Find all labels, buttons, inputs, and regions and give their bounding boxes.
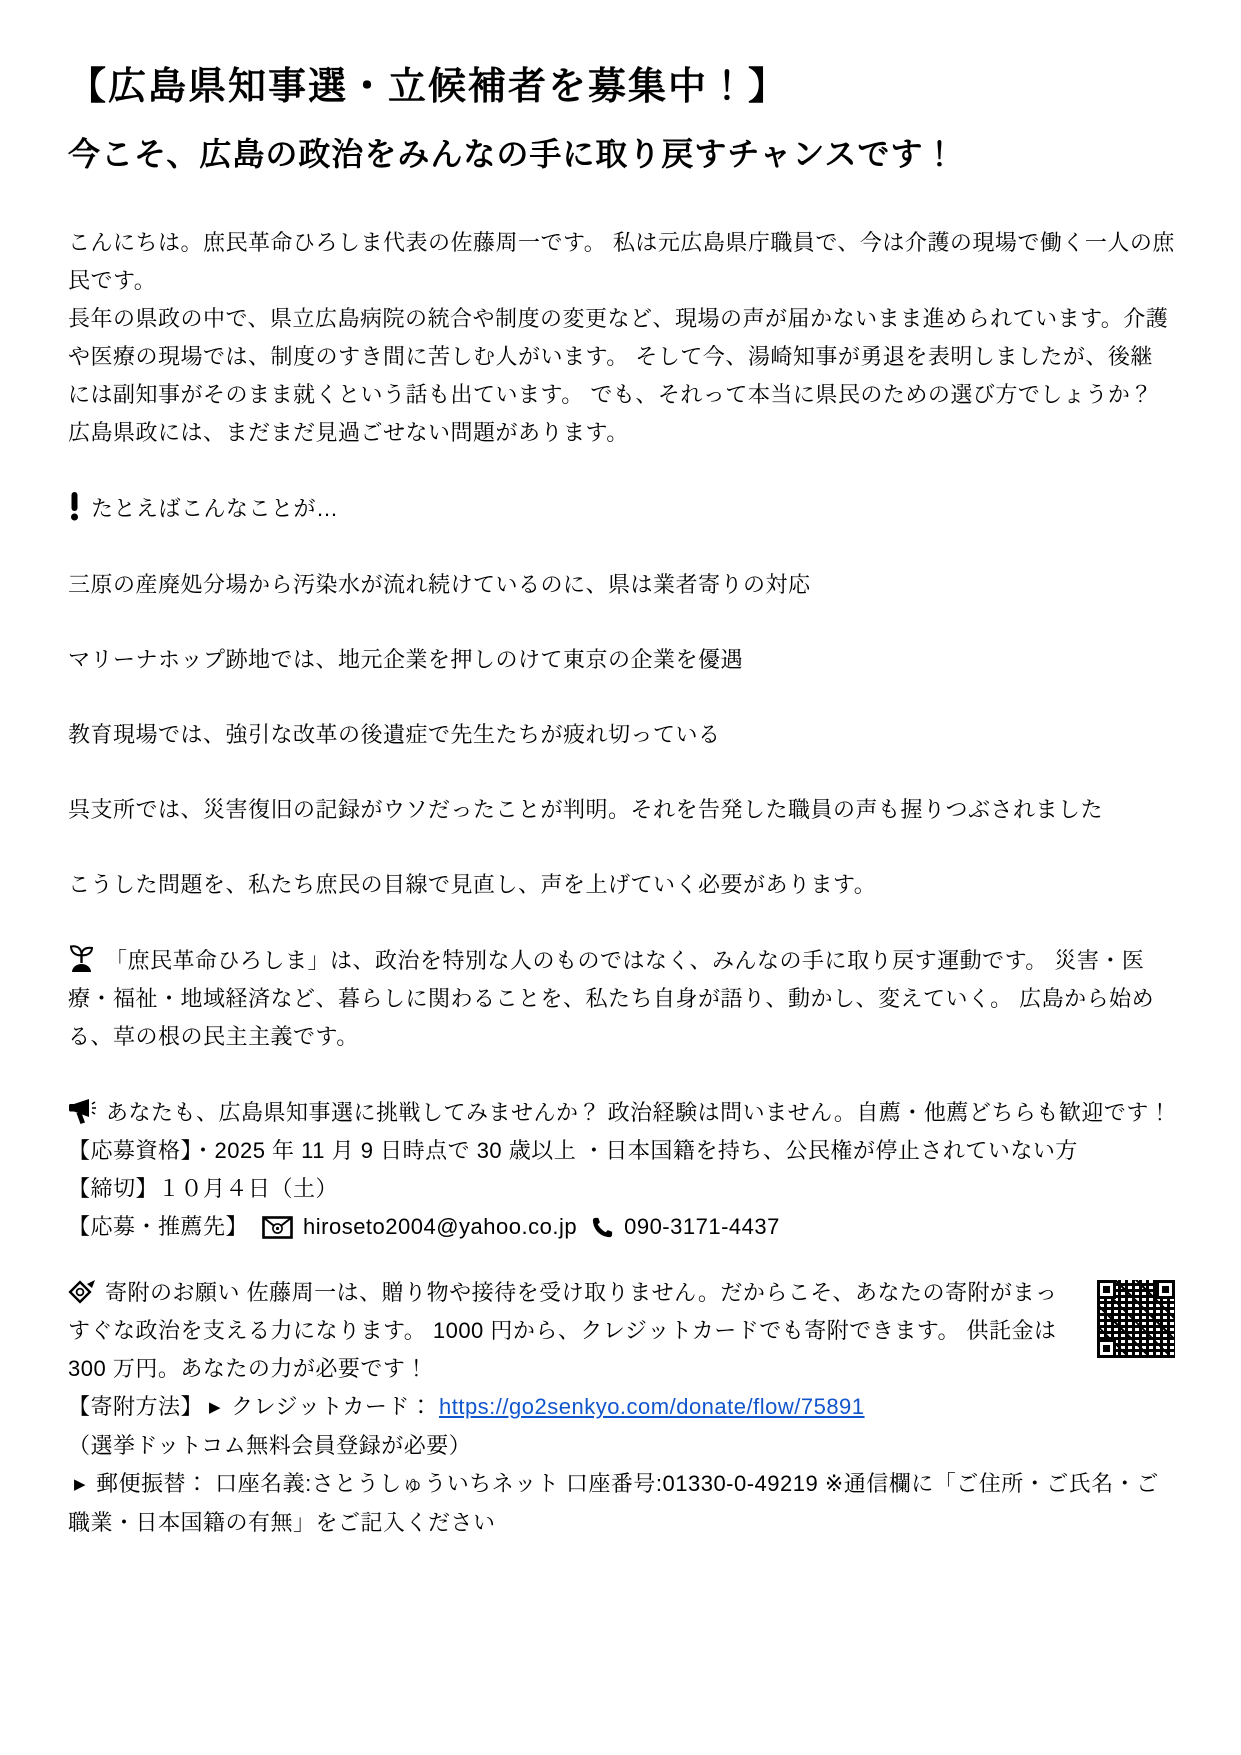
- spacer: [68, 1246, 1175, 1274]
- donation-section: 寄附のお願い 佐藤周一は、贈り物や接待を受け取りません。だからこそ、あなたの寄附…: [68, 1274, 1175, 1542]
- intro-paragraph-3: 広島県政には、まだまだ見過ごせない問題があります。: [68, 414, 1175, 452]
- contact-label: 【応募・推薦先】: [68, 1214, 248, 1239]
- spacer: [68, 904, 1175, 942]
- play-triangle-icon: ▶: [209, 1399, 221, 1416]
- qr-code: [1097, 1280, 1175, 1358]
- intro-paragraph-2: 長年の県政の中で、県立広島病院の統合や制度の変更など、現場の声が届かないまま進め…: [68, 300, 1175, 414]
- donation-note-line: （選挙ドットコム無料会員登録が必要）: [68, 1427, 1175, 1465]
- exclamation-icon: [68, 491, 81, 521]
- spacer: [68, 1056, 1175, 1094]
- email-icon: [262, 1216, 293, 1239]
- postal-transfer-line: ▶郵便振替： 口座名義:さとうしゅういちネット 口座番号:01330-0-492…: [68, 1465, 1175, 1542]
- play-triangle-icon: ▶: [74, 1476, 86, 1493]
- phone-icon: [591, 1216, 614, 1239]
- donation-method-line: 【寄附方法】▶クレジットカード： https://go2senkyo.com/d…: [68, 1388, 1175, 1427]
- deadline-line: 【締切】１０月４日（土）: [68, 1170, 1175, 1208]
- megaphone-icon: [68, 1098, 96, 1125]
- page-subtitle: 今こそ、広島の政治をみんなの手に取り戻すチャンスです！: [68, 134, 1175, 174]
- page-title: 【広島県知事選・立候補者を募集中！】: [68, 64, 1175, 110]
- intro-paragraph-1: こんにちは。庶民革命ひろしま代表の佐藤周一です。 私は元広島県庁職員で、今は介護…: [68, 224, 1175, 300]
- money-gift-icon: [68, 1278, 95, 1305]
- invite-paragraph: あなたも、広島県知事選に挑戦してみませんか？ 政治経験は問いません。自薦・他薦ど…: [68, 1094, 1175, 1132]
- example-item: 教育現場では、強引な改革の後遺症で先生たちが疲れ切っている: [68, 716, 1175, 754]
- document-page: 【広島県知事選・立候補者を募集中！】 今こそ、広島の政治をみんなの手に取り戻すチ…: [0, 0, 1241, 1755]
- seedling-icon: [68, 944, 95, 973]
- method-label: 【寄附方法】: [68, 1394, 203, 1419]
- credit-card-label: クレジットカード：: [231, 1394, 432, 1419]
- movement-paragraph: 「庶民革命ひろしま」は、政治を特別な人のものではなく、みんなの手に取り戻す運動で…: [68, 942, 1175, 1056]
- example-item: 三原の産廃処分場から汚染水が流れ続けているのに、県は業者寄りの対応: [68, 566, 1175, 604]
- contact-line: 【応募・推薦先】hiroseto2004@yahoo.co.jp090-3171…: [68, 1208, 1175, 1246]
- contact-email: hiroseto2004@yahoo.co.jp: [303, 1214, 577, 1239]
- example-item: マリーナホップ跡地では、地元企業を押しのけて東京の企業を優遇: [68, 641, 1175, 679]
- contact-phone: 090-3171-4437: [624, 1214, 780, 1239]
- donation-link[interactable]: https://go2senkyo.com/donate/flow/75891: [439, 1394, 865, 1419]
- conclusion-paragraph: こうした問題を、私たち庶民の目線で見直し、声を上げていく必要があります。: [68, 866, 1175, 904]
- donation-paragraph: 寄附のお願い 佐藤周一は、贈り物や接待を受け取りません。だからこそ、あなたの寄附…: [68, 1274, 1175, 1388]
- example-item: 呉支所では、災害復旧の記録がウソだったことが判明。それを告発した職員の声も握りつ…: [68, 791, 1175, 829]
- spacer: [68, 452, 1175, 490]
- qualification-line: 【応募資格】・2025 年 11 月 9 日時点で 30 歳以上 ・日本国籍を持…: [68, 1132, 1175, 1170]
- examples-heading: たとえばこんなことが…: [68, 490, 1175, 528]
- spacer: [68, 528, 1175, 566]
